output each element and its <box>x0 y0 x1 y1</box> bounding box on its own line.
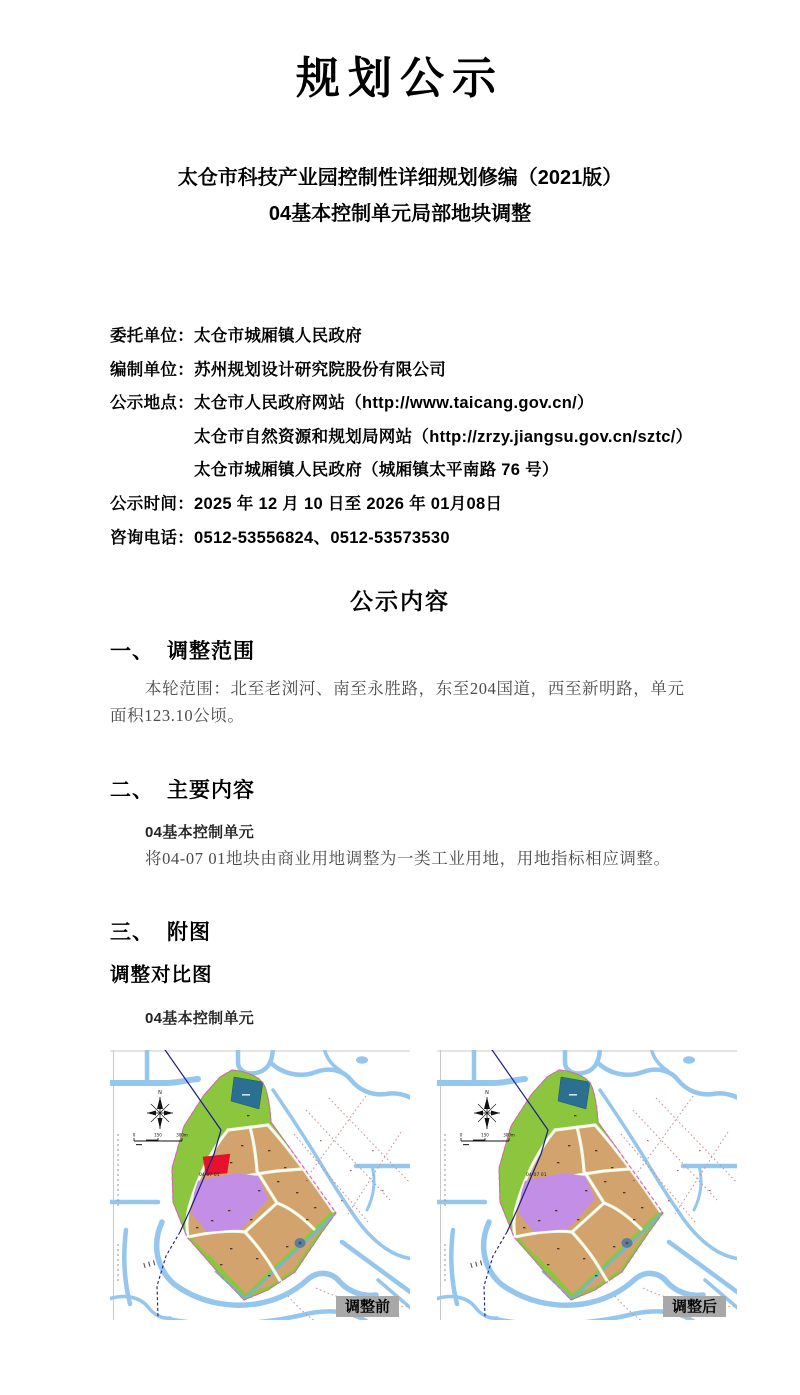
info-label: 编制单位： <box>110 356 194 380</box>
facility-blob <box>295 1238 306 1248</box>
section-1-paragraph: 本轮范围：北至老浏河、南至永胜路，东至204国道，西至新明路，单元面积123.1… <box>110 676 694 729</box>
info-label: 公示时间： <box>110 490 194 514</box>
map-after-adjustment: 04-07 01 N <box>437 1050 737 1320</box>
info-label: 委托单位： <box>110 322 194 346</box>
subtitle-line-2: 04基本控制单元局部地块调整 <box>0 196 800 232</box>
info-label: 公示地点： <box>110 389 194 413</box>
svg-text:300m: 300m <box>503 1133 515 1138</box>
info-value: 太仓市人民政府网站（http://www.taicang.gov.cn/） <box>194 394 594 412</box>
info-row-phone: 咨询电话：0512-53556824、0512-53573530 <box>110 524 450 548</box>
comparison-figure-title: 调整对比图 <box>110 959 213 987</box>
teal-parcel-mark <box>242 1094 250 1096</box>
info-value: 2025 年 12 月 10 日至 2026 年 01月08日 <box>194 495 502 513</box>
section-number: 一、 <box>110 640 154 663</box>
svg-text:0: 0 <box>133 1133 136 1138</box>
info-value: 太仓市城厢镇人民政府 <box>194 327 362 345</box>
info-value: 苏州规划设计研究院股份有限公司 <box>194 361 446 379</box>
info-value: 太仓市自然资源和规划局网站（http://zrzy.jiangsu.gov.cn… <box>194 428 692 446</box>
facility-blob <box>622 1238 633 1248</box>
info-row-compile-unit: 编制单位：苏州规划设计研究院股份有限公司 <box>110 356 446 380</box>
map-before-adjustment: 04-07 01 N <box>110 1050 410 1320</box>
section-3-heading: 三、附图 <box>110 916 211 946</box>
section-2-paragraph: 将04-07 01地块由商业用地调整为一类工业用地，用地指标相应调整。 <box>145 846 705 873</box>
parcel-label: 04-07 01 <box>199 1172 220 1178</box>
info-row-publicity-place: 公示地点：太仓市人民政府网站（http://www.taicang.gov.cn… <box>110 389 594 413</box>
map-caption-badge: 调整前 <box>336 1296 399 1317</box>
section-2-heading: 二、主要内容 <box>110 774 255 804</box>
info-label: 咨询电话： <box>110 524 194 548</box>
map-caption-text: 调整后 <box>672 1298 717 1316</box>
section-number: 三、 <box>110 921 154 944</box>
section-title: 主要内容 <box>167 779 255 802</box>
compass-n-label: N <box>158 1090 162 1096</box>
svg-text:0: 0 <box>460 1133 463 1138</box>
landuse-map: 04-07 01 N <box>110 1050 410 1320</box>
section-number: 二、 <box>110 779 154 802</box>
section-2-subheading: 04基本控制单元 <box>145 821 254 842</box>
content-heading: 公示内容 <box>0 583 800 616</box>
svg-text:300m: 300m <box>176 1133 188 1138</box>
compass-n-label: N <box>485 1090 489 1096</box>
map-caption-text: 调整前 <box>345 1298 390 1316</box>
section-3-subheading: 04基本控制单元 <box>145 1007 254 1028</box>
svg-text:150: 150 <box>481 1133 489 1138</box>
section-1-heading: 一、调整范围 <box>110 635 255 665</box>
info-value: 0512-53556824、0512-53573530 <box>194 529 450 547</box>
svg-text:150: 150 <box>154 1133 162 1138</box>
page-title: 规划公示 <box>0 42 800 106</box>
subtitle-line-1: 太仓市科技产业园控制性详细规划修编（2021版） <box>0 160 800 196</box>
info-value: 太仓市城厢镇人民政府（城厢镇太平南路 76 号） <box>194 461 559 479</box>
section-title: 调整范围 <box>167 640 255 663</box>
info-row-publicity-time: 公示时间：2025 年 12 月 10 日至 2026 年 01月08日 <box>110 490 502 514</box>
landuse-map: 04-07 01 N <box>437 1050 737 1320</box>
teal-parcel-mark <box>569 1094 577 1096</box>
info-row-publicity-place-2: 太仓市自然资源和规划局网站（http://zrzy.jiangsu.gov.cn… <box>194 423 692 447</box>
adjusted-parcel-red <box>203 1154 230 1175</box>
section-title: 附图 <box>167 921 211 944</box>
info-row-publicity-place-3: 太仓市城厢镇人民政府（城厢镇太平南路 76 号） <box>194 456 559 480</box>
info-row-entrust-unit: 委托单位：太仓市城厢镇人民政府 <box>110 322 362 346</box>
parcel-label: 04-07 01 <box>526 1172 547 1178</box>
map-caption-badge: 调整后 <box>663 1296 726 1317</box>
document-subtitle: 太仓市科技产业园控制性详细规划修编（2021版） 04基本控制单元局部地块调整 <box>0 160 800 232</box>
